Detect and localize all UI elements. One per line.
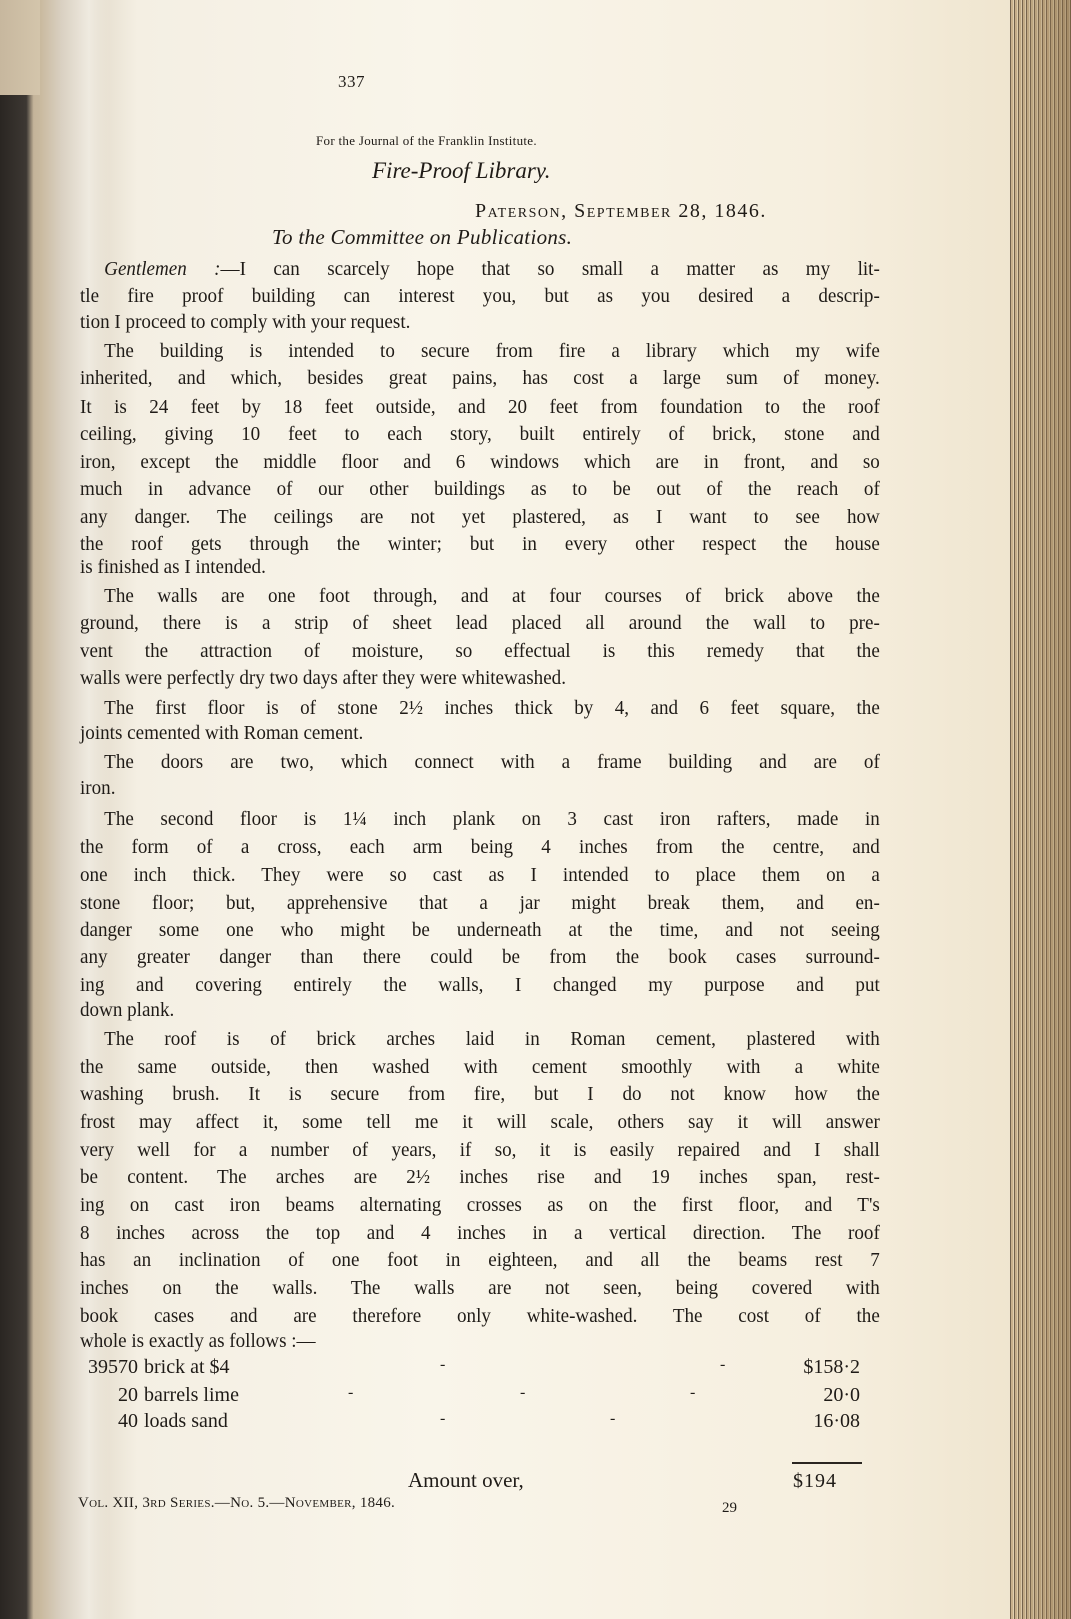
text-line-content: book cases and are therefore only white-… bbox=[80, 1305, 880, 1327]
page-number: 337 bbox=[338, 72, 365, 92]
text-line: frost may affect it, some tell me it wil… bbox=[80, 1111, 880, 1134]
cost-quantity: 39570 bbox=[80, 1356, 138, 1379]
text-line-content: ground, there is a strip of sheet lead p… bbox=[80, 612, 880, 634]
text-line-content: very well for a number of years, if so, … bbox=[80, 1139, 880, 1161]
text-line-content: much in advance of our other buildings a… bbox=[80, 478, 880, 500]
cost-row: 20barrels lime---20·0 bbox=[80, 1384, 870, 1410]
leader-dash: - bbox=[348, 1384, 353, 1402]
text-line: very well for a number of years, if so, … bbox=[80, 1139, 880, 1162]
text-line: ceiling, giving 10 feet to each story, b… bbox=[80, 423, 880, 446]
text-line: The first floor is of stone 2½ inches th… bbox=[80, 697, 880, 720]
text-line: inches on the walls. The walls are not s… bbox=[80, 1277, 880, 1300]
text-line: The walls are one foot through, and at f… bbox=[80, 585, 880, 608]
leader-dash: - bbox=[690, 1384, 695, 1402]
text-line-content: tle fire proof building can interest you… bbox=[80, 285, 880, 307]
leader-dash: - bbox=[440, 1356, 445, 1374]
leader-dash: - bbox=[720, 1356, 725, 1374]
text-line-content: walls were perfectly dry two days after … bbox=[80, 667, 566, 689]
text-line: It is 24 feet by 18 feet outside, and 20… bbox=[80, 396, 880, 419]
text-line-content: —I can scarcely hope that so small a mat… bbox=[221, 258, 880, 280]
text-line-content: down plank. bbox=[80, 999, 174, 1021]
cost-quantity: 20 bbox=[80, 1384, 138, 1407]
text-line: be content. The arches are 2½ inches ris… bbox=[80, 1166, 880, 1189]
cost-description: brick at $4 bbox=[144, 1356, 230, 1379]
text-line-content: The roof is of brick arches laid in Roma… bbox=[104, 1028, 880, 1050]
page-content: 337 For the Journal of the Franklin Inst… bbox=[0, 0, 1071, 1619]
text-line: tion I proceed to comply with your reque… bbox=[80, 311, 880, 334]
text-line: washing brush. It is secure from fire, b… bbox=[80, 1083, 880, 1106]
dateline: Paterson, September 28, 1846. bbox=[475, 200, 767, 223]
footer-volume-info: Vol. XII, 3rd Series.—No. 5.—November, 1… bbox=[78, 1495, 395, 1512]
text-line-content: The walls are one foot through, and at f… bbox=[104, 585, 880, 607]
total-rule bbox=[792, 1462, 862, 1464]
text-line: any greater danger than there could be f… bbox=[80, 946, 880, 969]
text-line: one inch thick. They were so cast as I i… bbox=[80, 864, 880, 887]
leader-dash: - bbox=[520, 1384, 525, 1402]
text-line-content: stone floor; but, apprehensive that a ja… bbox=[80, 892, 880, 914]
text-line-content: the roof gets through the winter; but in… bbox=[80, 533, 880, 555]
text-line-content: one inch thick. They were so cast as I i… bbox=[80, 864, 880, 886]
text-line: joints cemented with Roman cement. bbox=[80, 722, 880, 745]
total-label: Amount over, bbox=[408, 1468, 524, 1493]
text-line-content: inherited, and which, besides great pain… bbox=[80, 367, 880, 389]
text-line-content: joints cemented with Roman cement. bbox=[80, 722, 363, 744]
text-line-content: has an inclination of one foot in eighte… bbox=[80, 1249, 880, 1271]
journal-credit: For the Journal of the Franklin Institut… bbox=[316, 133, 537, 149]
text-line: walls were perfectly dry two days after … bbox=[80, 667, 880, 690]
text-line-content: is finished as I intended. bbox=[80, 556, 266, 578]
text-line-content: ceiling, giving 10 feet to each story, b… bbox=[80, 423, 880, 445]
text-line: ing and covering entirely the walls, I c… bbox=[80, 974, 880, 997]
text-line-content: tion I proceed to comply with your reque… bbox=[80, 311, 410, 333]
text-line-content: be content. The arches are 2½ inches ris… bbox=[80, 1166, 880, 1188]
text-line: The doors are two, which connect with a … bbox=[80, 751, 880, 774]
total-amount: $194 bbox=[793, 1470, 837, 1493]
cost-row: 39570brick at $4--$158·2 bbox=[80, 1356, 870, 1382]
text-line-content: The building is intended to secure from … bbox=[104, 340, 880, 362]
text-line: The second floor is 1¼ inch plank on 3 c… bbox=[80, 808, 880, 831]
cost-description: loads sand bbox=[144, 1410, 228, 1433]
text-line: any danger. The ceilings are not yet pla… bbox=[80, 506, 880, 529]
cost-row: 40loads sand--16·08 bbox=[80, 1410, 870, 1436]
text-line-content: It is 24 feet by 18 feet outside, and 20… bbox=[80, 396, 880, 418]
cost-amount: 20·0 bbox=[823, 1384, 860, 1407]
text-line-content: whole is exactly as follows :— bbox=[80, 1330, 316, 1352]
text-line: down plank. bbox=[80, 999, 880, 1022]
text-line: has an inclination of one foot in eighte… bbox=[80, 1249, 880, 1272]
text-line: the form of a cross, each arm being 4 in… bbox=[80, 836, 880, 859]
text-line: Gentlemen :—I can scarcely hope that so … bbox=[80, 258, 880, 281]
cost-amount: $158·2 bbox=[803, 1356, 860, 1379]
text-line-content: The first floor is of stone 2½ inches th… bbox=[104, 697, 880, 719]
addressee-heading: To the Committee on Publications. bbox=[272, 225, 572, 250]
text-line: is finished as I intended. bbox=[80, 556, 880, 579]
leader-dash: - bbox=[610, 1410, 615, 1428]
text-line: the roof gets through the winter; but in… bbox=[80, 533, 880, 556]
salutation: Gentlemen : bbox=[104, 258, 220, 280]
text-line-content: ing on cast iron beams alternating cross… bbox=[80, 1194, 880, 1216]
text-line: The building is intended to secure from … bbox=[80, 340, 880, 363]
text-line-content: inches on the walls. The walls are not s… bbox=[80, 1277, 880, 1299]
text-line: iron, except the middle floor and 6 wind… bbox=[80, 451, 880, 474]
text-line: stone floor; but, apprehensive that a ja… bbox=[80, 892, 880, 915]
text-line: much in advance of our other buildings a… bbox=[80, 478, 880, 501]
text-line-content: ing and covering entirely the walls, I c… bbox=[80, 974, 880, 996]
cost-amount: 16·08 bbox=[813, 1410, 860, 1433]
text-line: The roof is of brick arches laid in Roma… bbox=[80, 1028, 880, 1051]
leader-dash: - bbox=[440, 1410, 445, 1428]
text-line-content: The second floor is 1¼ inch plank on 3 c… bbox=[104, 808, 880, 830]
text-line-content: danger some one who might be underneath … bbox=[80, 919, 880, 941]
text-line: ground, there is a strip of sheet lead p… bbox=[80, 612, 880, 635]
text-line: tle fire proof building can interest you… bbox=[80, 285, 880, 308]
text-line: vent the attraction of moisture, so effe… bbox=[80, 640, 880, 663]
text-line: the same outside, then washed with cemen… bbox=[80, 1056, 880, 1079]
text-line: whole is exactly as follows :— bbox=[80, 1330, 880, 1353]
cost-quantity: 40 bbox=[80, 1410, 138, 1433]
text-line-content: frost may affect it, some tell me it wil… bbox=[80, 1111, 880, 1133]
text-line: inherited, and which, besides great pain… bbox=[80, 367, 880, 390]
text-line-content: iron, except the middle floor and 6 wind… bbox=[80, 451, 880, 473]
text-line: ing on cast iron beams alternating cross… bbox=[80, 1194, 880, 1217]
text-line-content: any danger. The ceilings are not yet pla… bbox=[80, 506, 880, 528]
footer-signature-mark: 29 bbox=[722, 1500, 737, 1517]
text-line-content: any greater danger than there could be f… bbox=[80, 946, 880, 968]
cost-description: barrels lime bbox=[144, 1384, 239, 1407]
text-line-content: vent the attraction of moisture, so effe… bbox=[80, 640, 880, 662]
text-line-content: the same outside, then washed with cemen… bbox=[80, 1056, 880, 1078]
text-line-content: The doors are two, which connect with a … bbox=[104, 751, 880, 773]
article-title: Fire-Proof Library. bbox=[372, 158, 550, 184]
text-line-content: iron. bbox=[80, 777, 115, 799]
text-line: book cases and are therefore only white-… bbox=[80, 1305, 880, 1328]
text-line-content: 8 inches across the top and 4 inches in … bbox=[80, 1222, 880, 1244]
text-line-content: washing brush. It is secure from fire, b… bbox=[80, 1083, 880, 1105]
text-line: iron. bbox=[80, 777, 880, 800]
text-line: 8 inches across the top and 4 inches in … bbox=[80, 1222, 880, 1245]
text-line: danger some one who might be underneath … bbox=[80, 919, 880, 942]
text-line-content: the form of a cross, each arm being 4 in… bbox=[80, 836, 880, 858]
